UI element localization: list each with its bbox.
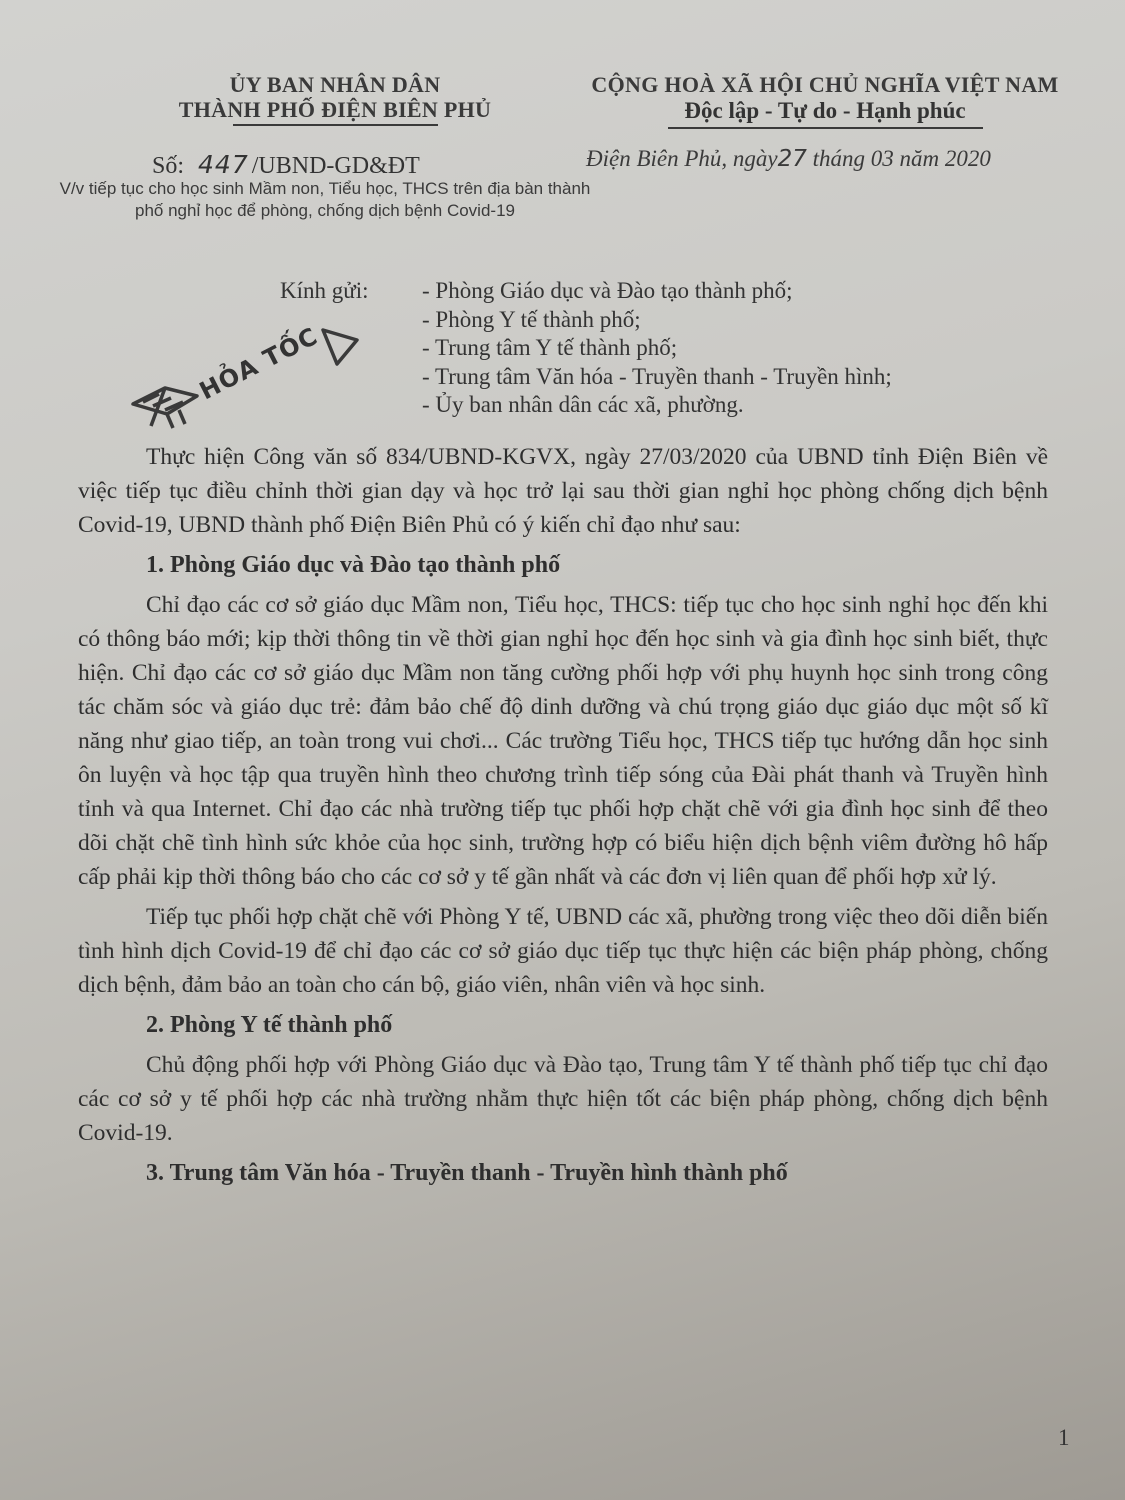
agency-line-1: ỦY BAN NHÂN DÂN: [100, 72, 570, 97]
section-2-paragraph-1: Chủ động phối hợp với Phòng Giáo dục và …: [78, 1048, 1048, 1150]
document-body: Thực hiện Công văn số 834/UBND-KGVX, ngà…: [78, 440, 1048, 1190]
recipient-item: - Ủy ban nhân dân các xã, phường.: [422, 391, 892, 420]
recipients-label: Kính gửi:: [280, 277, 422, 306]
recipients-block: Kính gửi: - Phòng Giáo dục và Đào tạo th…: [280, 277, 892, 420]
reference-number: Số:447/UBND-GD&ĐT: [152, 150, 420, 180]
document-date: Điện Biên Phủ, ngày27 tháng 03 năm 2020: [586, 146, 991, 172]
national-motto: Độc lập - Tự do - Hạnh phúc: [565, 97, 1085, 125]
recipient-item: - Phòng Giáo dục và Đào tạo thành phố;: [422, 277, 892, 306]
reference-code: /UBND-GD&ĐT: [252, 153, 420, 179]
date-suffix: tháng 03 năm 2020: [813, 146, 991, 171]
stamp-text: HỎA TỐC: [193, 318, 323, 405]
reference-label: Số:: [152, 153, 184, 179]
section-heading-1: 1. Phòng Giáo dục và Đào tạo thành phố: [78, 548, 1048, 582]
national-title: CỘNG HOÀ XÃ HỘI CHỦ NGHĨA VIỆT NAM: [565, 72, 1085, 97]
agency-header: ỦY BAN NHÂN DÂN THÀNH PHỐ ĐIỆN BIÊN PHỦ: [100, 72, 570, 126]
page-number: 1: [1058, 1425, 1070, 1451]
agency-underline: [233, 124, 438, 126]
section-1-paragraph-2: Tiếp tục phối hợp chặt chẽ với Phòng Y t…: [78, 900, 1048, 1002]
document-subject: V/v tiếp tục cho học sinh Mầm non, Tiểu …: [52, 178, 598, 222]
section-heading-2: 2. Phòng Y tế thành phố: [78, 1008, 1048, 1042]
recipients-list: - Phòng Giáo dục và Đào tạo thành phố; -…: [422, 277, 892, 420]
section-1-paragraph-1: Chỉ đạo các cơ sở giáo dục Mầm non, Tiểu…: [78, 588, 1048, 894]
section-heading-3: 3. Trung tâm Văn hóa - Truyền thanh - Tr…: [78, 1156, 1048, 1190]
date-handwritten-day: 27: [778, 146, 807, 172]
arrow-stamp-icon: HỎA TỐC: [125, 318, 370, 430]
document-page: ỦY BAN NHÂN DÂN THÀNH PHỐ ĐIỆN BIÊN PHỦ …: [0, 0, 1125, 1500]
reference-handwritten-number: 447: [198, 150, 249, 179]
date-prefix: Điện Biên Phủ, ngày: [586, 146, 778, 171]
national-header: CỘNG HOÀ XÃ HỘI CHỦ NGHĨA VIỆT NAM Độc l…: [565, 72, 1085, 129]
recipient-item: - Trung tâm Y tế thành phố;: [422, 334, 892, 363]
agency-line-2: THÀNH PHỐ ĐIỆN BIÊN PHỦ: [100, 97, 570, 122]
recipient-item: - Trung tâm Văn hóa - Truyền thanh - Tru…: [422, 363, 892, 392]
intro-paragraph: Thực hiện Công văn số 834/UBND-KGVX, ngà…: [78, 440, 1048, 542]
motto-underline: [668, 127, 983, 129]
recipient-item: - Phòng Y tế thành phố;: [422, 306, 892, 335]
